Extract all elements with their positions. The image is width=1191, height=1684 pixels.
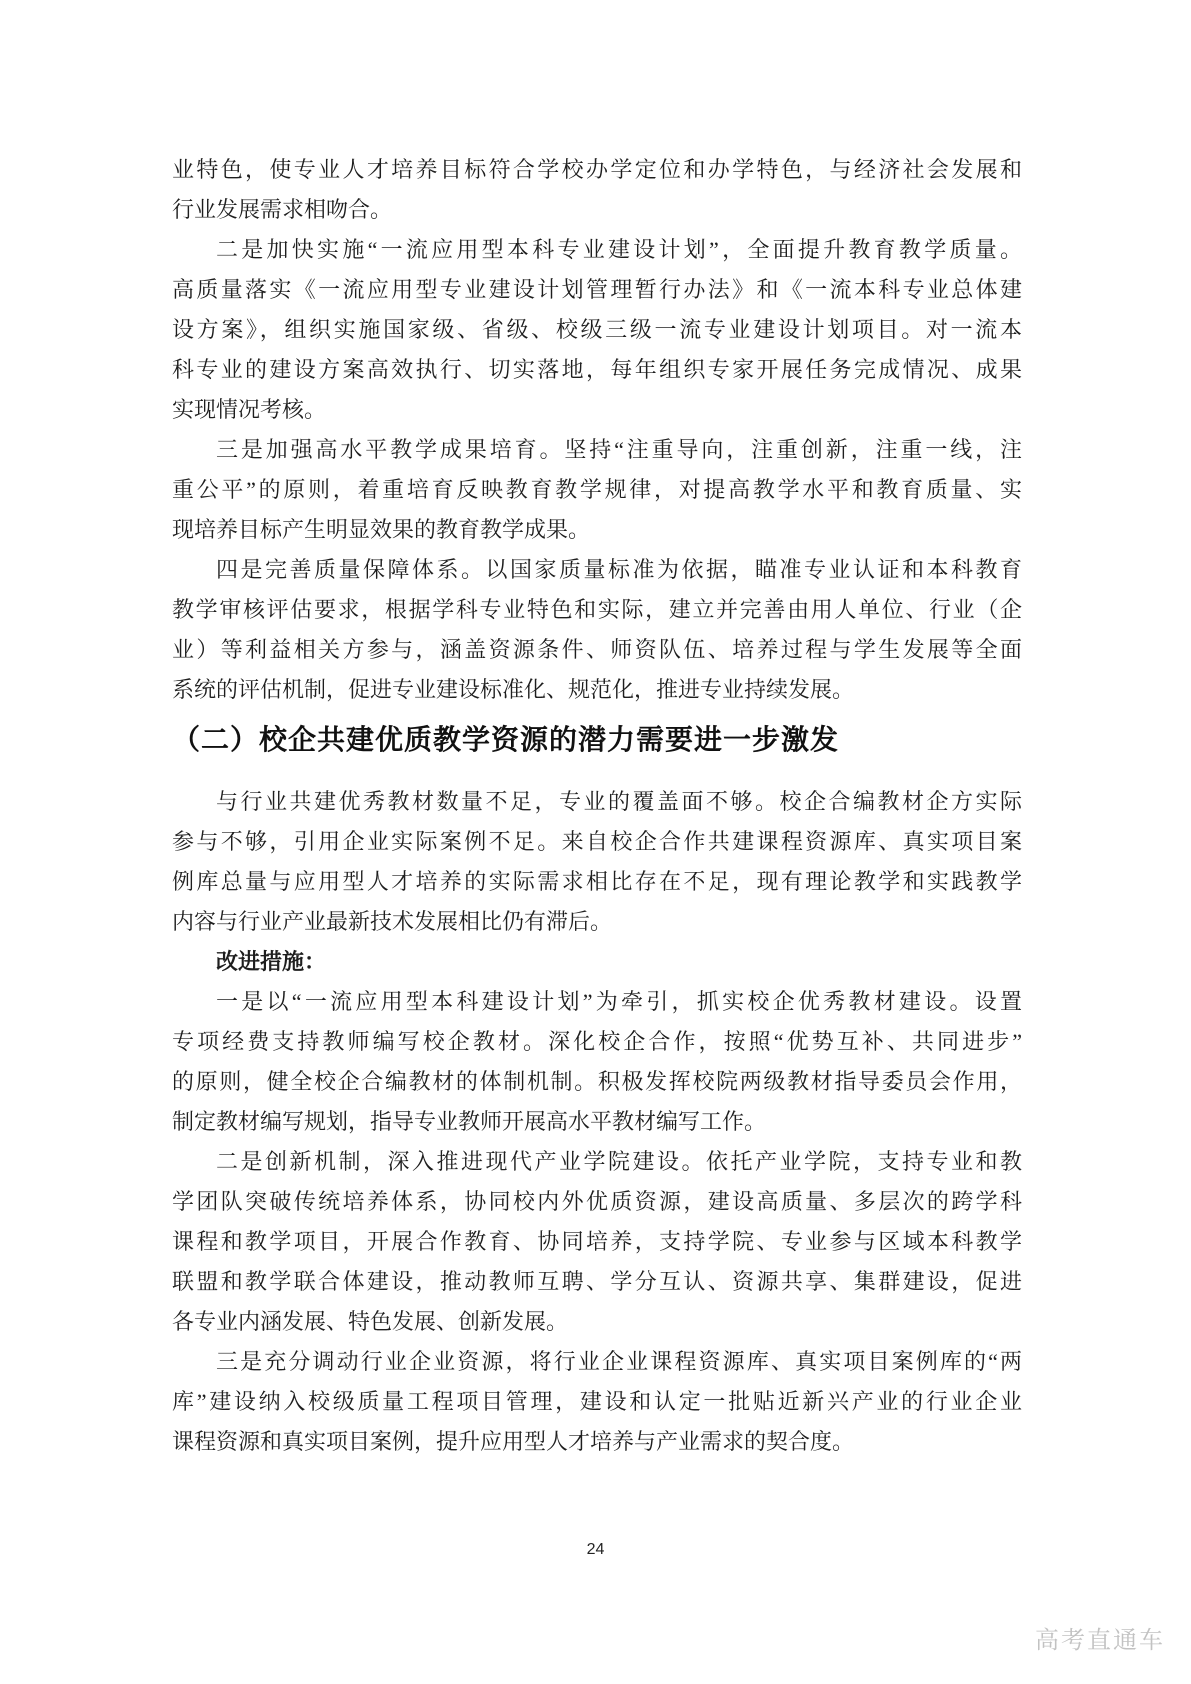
text-line: 二是加快实施“一流应用型本科专业建设计划”，全面提升教育教学质量。 [172,230,1022,270]
text-line: 业特色，使专业人才培养目标符合学校办学定位和办学特色，与经济社会发展和 [172,150,1022,190]
text-line: 业）等利益相关方参与，涵盖资源条件、师资队伍、培养过程与学生发展等全面 [172,630,1022,670]
text-line: 三是加强高水平教学成果培育。坚持“注重导向，注重创新，注重一线，注 [172,430,1022,470]
text-line: 设方案》，组织实施国家级、省级、校级三级一流专业建设计划项目。对一流本 [172,310,1022,350]
text-line: 联盟和教学联合体建设，推动教师互聘、学分互认、资源共享、集群建设，促进 [172,1262,1022,1302]
paragraph: 改进措施： [172,942,1022,982]
text-line: 库”建设纳入校级质量工程项目管理，建设和认定一批贴近新兴产业的行业企业 [172,1382,1022,1422]
paragraph: 与行业共建优秀教材数量不足，专业的覆盖面不够。校企合编教材企方实际参与不够，引用… [172,782,1022,942]
text-line: 改进措施： [172,942,1022,982]
text-line: 四是完善质量保障体系。以国家质量标准为依据，瞄准专业认证和本科教育 [172,550,1022,590]
text-line: 三是充分调动行业企业资源，将行业企业课程资源库、真实项目案例库的“两 [172,1342,1022,1382]
text-line: 专项经费支持教师编写校企教材。深化校企合作，按照“优势互补、共同进步” [172,1022,1022,1062]
text-line: 一是以“一流应用型本科建设计划”为牵引，抓实校企优秀教材建设。设置 [172,982,1022,1022]
text-line: 重公平”的原则，着重培育反映教育教学规律，对提高教学水平和教育质量、实 [172,470,1022,510]
text-line: 课程和教学项目，开展合作教育、协同培养，支持学院、专业参与区域本科教学 [172,1222,1022,1262]
text-line: 科专业的建设方案高效执行、切实落地，每年组织专家开展任务完成情况、成果 [172,350,1022,390]
section-heading: （二）校企共建优质教学资源的潜力需要进一步激发 [172,724,1022,756]
text-line: 课程资源和真实项目案例，提升应用型人才培养与产业需求的契合度。 [172,1422,1022,1462]
text-line: 制定教材编写规划，指导专业教师开展高水平教材编写工作。 [172,1102,1022,1142]
text-line: 系统的评估机制，促进专业建设标准化、规范化，推进专业持续发展。 [172,670,1022,710]
paragraph: 业特色，使专业人才培养目标符合学校办学定位和办学特色，与经济社会发展和行业发展需… [172,150,1022,230]
paragraph: 三是加强高水平教学成果培育。坚持“注重导向，注重创新，注重一线，注重公平”的原则… [172,430,1022,550]
paragraph: 三是充分调动行业企业资源，将行业企业课程资源库、真实项目案例库的“两库”建设纳入… [172,1342,1022,1462]
text-line: 高质量落实《一流应用型专业建设计划管理暂行办法》和《一流本科专业总体建 [172,270,1022,310]
text-line: 与行业共建优秀教材数量不足，专业的覆盖面不够。校企合编教材企方实际 [172,782,1022,822]
text-line: 的原则，健全校企合编教材的体制机制。积极发挥校院两级教材指导委员会作用， [172,1062,1022,1102]
page-number: 24 [0,1540,1191,1560]
text-line: 行业发展需求相吻合。 [172,190,1022,230]
text-line: 实现情况考核。 [172,390,1022,430]
document-page: 业特色，使专业人才培养目标符合学校办学定位和办学特色，与经济社会发展和行业发展需… [0,0,1191,1684]
watermark: 高考直通车 [1035,1626,1165,1656]
paragraph: 二是加快实施“一流应用型本科专业建设计划”，全面提升教育教学质量。高质量落实《一… [172,230,1022,430]
text-line: 学团队突破传统培养体系，协同校内外优质资源，建设高质量、多层次的跨学科 [172,1182,1022,1222]
paragraph: 一是以“一流应用型本科建设计划”为牵引，抓实校企优秀教材建设。设置专项经费支持教… [172,982,1022,1142]
text-line: 各专业内涵发展、特色发展、创新发展。 [172,1302,1022,1342]
text-line: 教学审核评估要求，根据学科专业特色和实际，建立并完善由用人单位、行业（企 [172,590,1022,630]
text-line: 现培养目标产生明显效果的教育教学成果。 [172,510,1022,550]
paragraph: 四是完善质量保障体系。以国家质量标准为依据，瞄准专业认证和本科教育教学审核评估要… [172,550,1022,710]
document-body: 业特色，使专业人才培养目标符合学校办学定位和办学特色，与经济社会发展和行业发展需… [172,150,1022,1462]
paragraph: 二是创新机制，深入推进现代产业学院建设。依托产业学院，支持专业和教学团队突破传统… [172,1142,1022,1342]
text-line: 内容与行业产业最新技术发展相比仍有滞后。 [172,902,1022,942]
text-line: 例库总量与应用型人才培养的实际需求相比存在不足，现有理论教学和实践教学 [172,862,1022,902]
text-line: 二是创新机制，深入推进现代产业学院建设。依托产业学院，支持专业和教 [172,1142,1022,1182]
text-line: 参与不够，引用企业实际案例不足。来自校企合作共建课程资源库、真实项目案 [172,822,1022,862]
